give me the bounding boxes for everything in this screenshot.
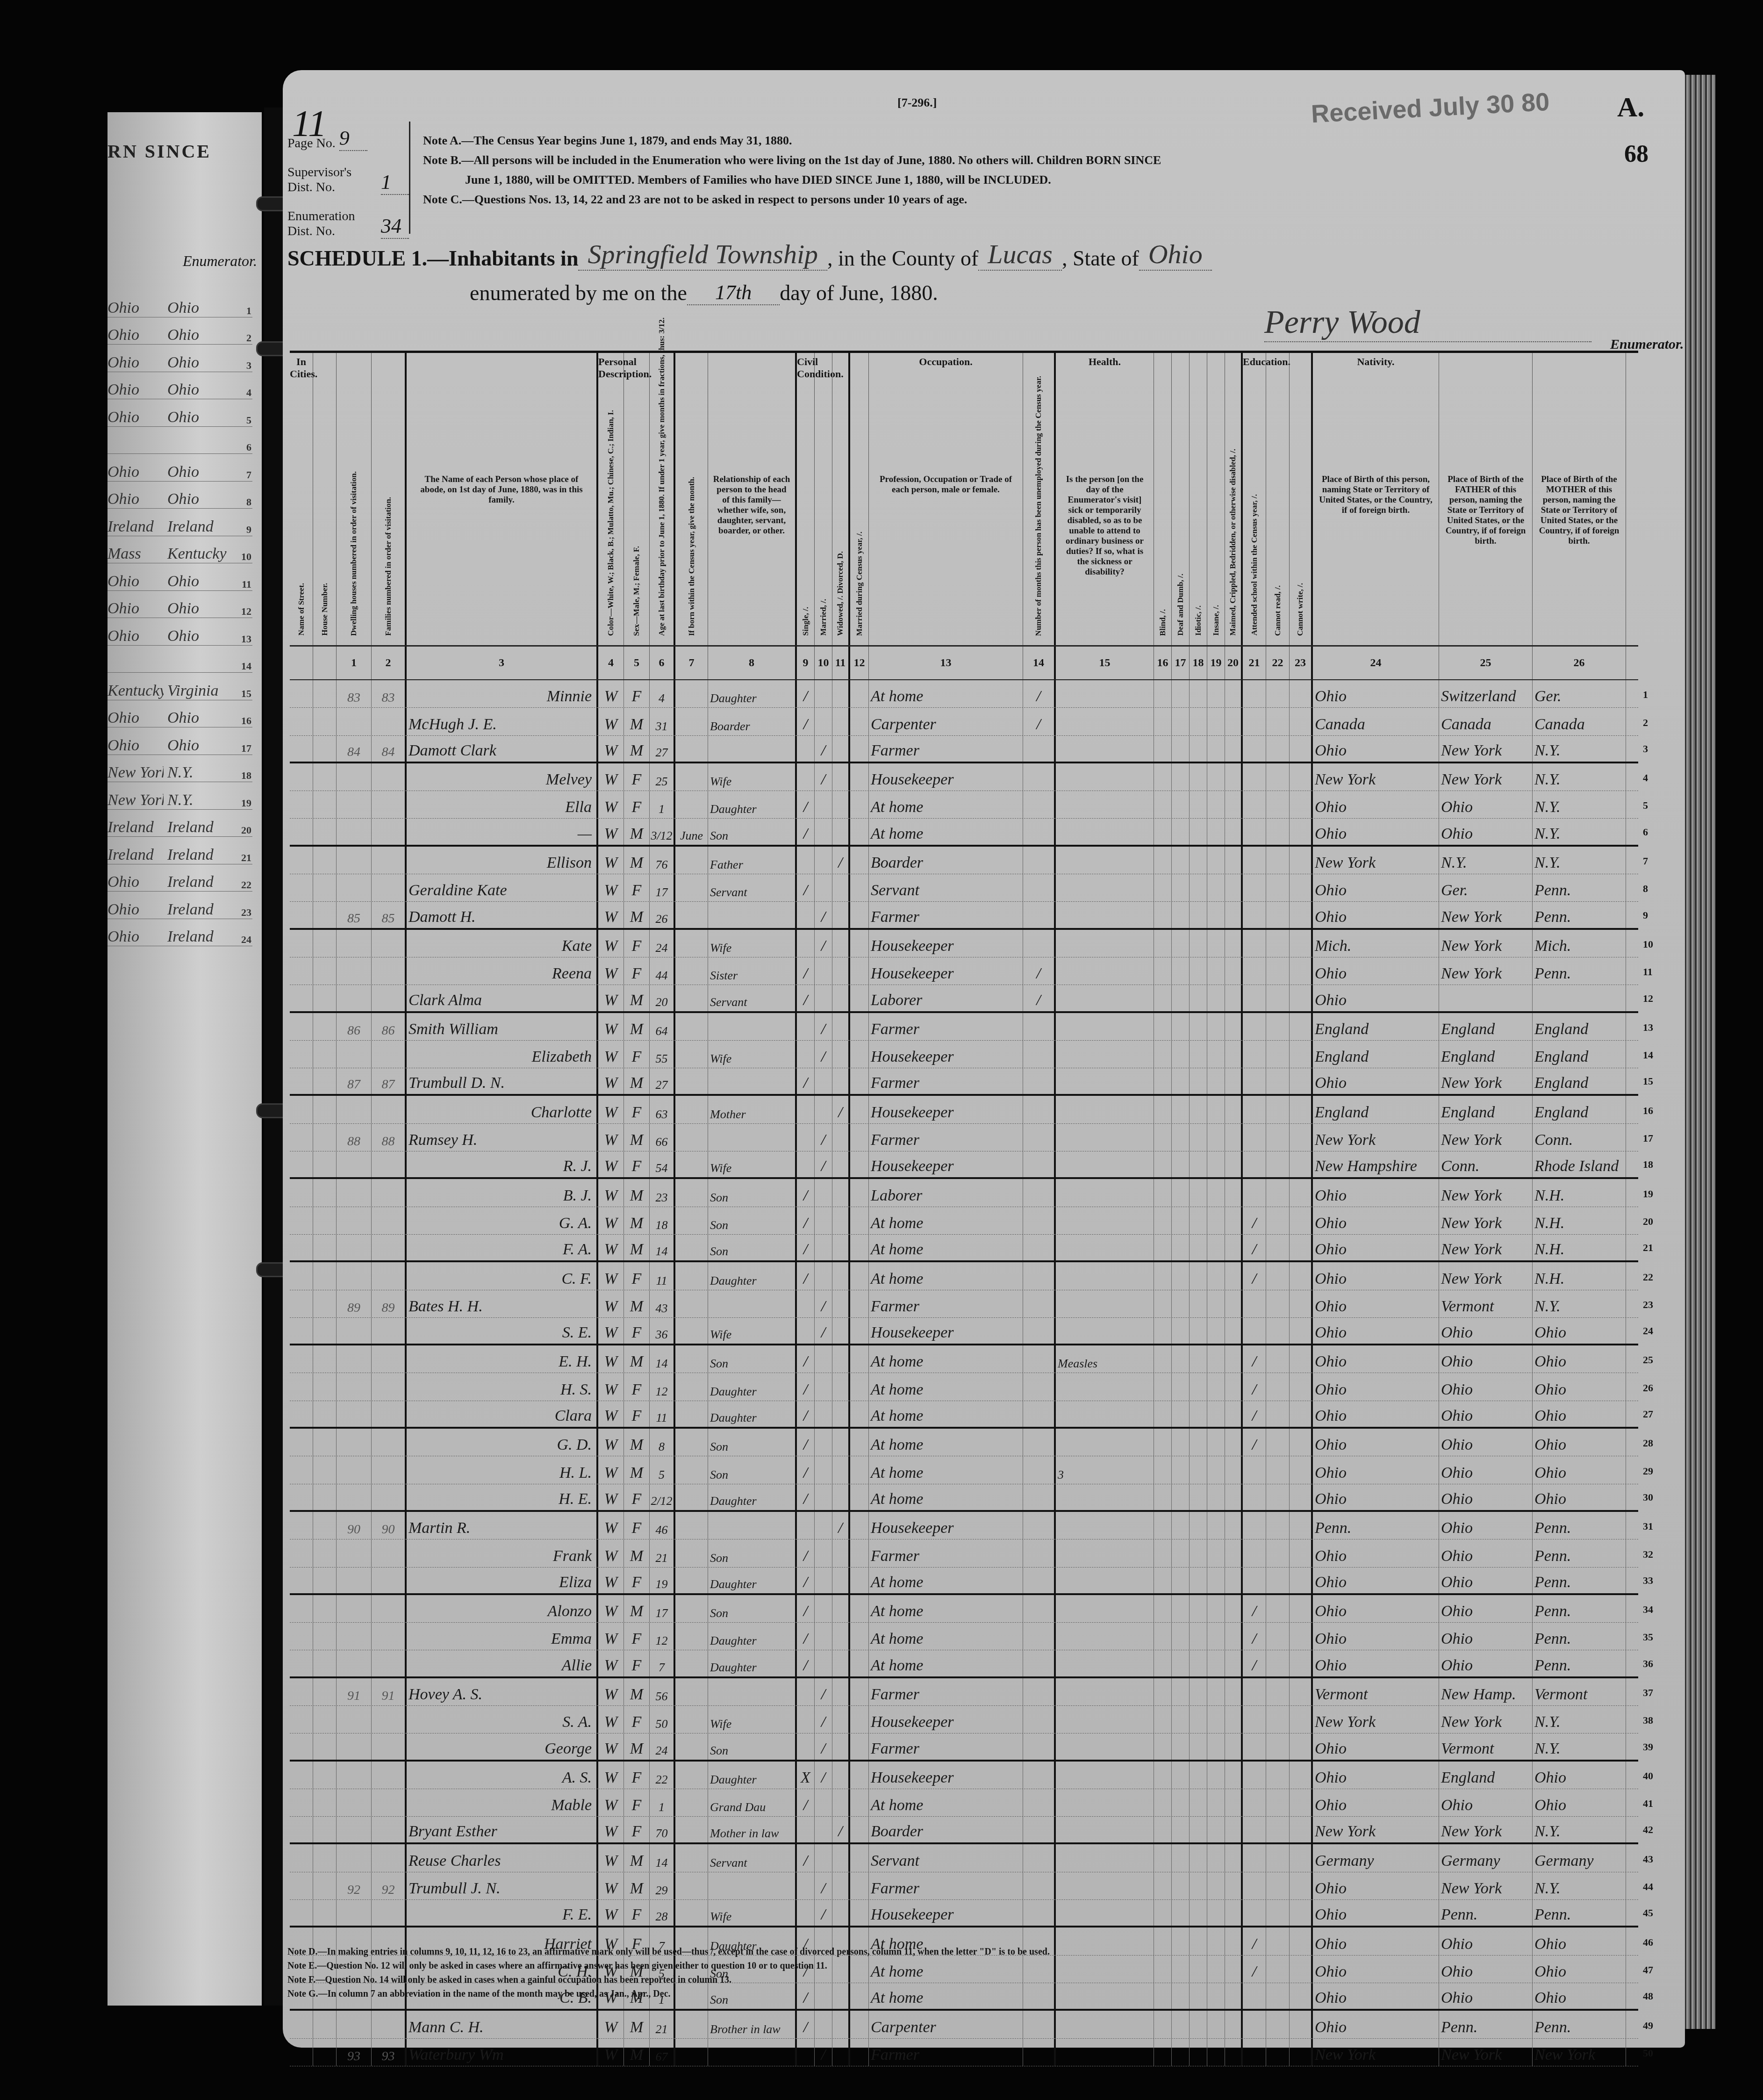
- cell-age: 43: [650, 1290, 675, 1317]
- cell-dw: 92: [337, 1872, 372, 1899]
- cell-month: [675, 1401, 708, 1427]
- cell-house: [313, 902, 337, 928]
- cell-house: [313, 2039, 337, 2066]
- previous-page-cell-c26: Kentucky: [164, 545, 233, 563]
- cell-idiot: [1190, 1927, 1207, 1955]
- cell-age: 56: [650, 1678, 675, 1705]
- cell-unemp: [1023, 1512, 1056, 1539]
- table-row: 9292Trumbull J. N.WM29/FarmerOhioNew Yor…: [290, 1872, 1638, 1900]
- cell-father: Ohio: [1439, 791, 1533, 818]
- cell-read: [1266, 763, 1290, 791]
- previous-page-row: KentuckyVirginia15: [107, 673, 252, 700]
- cell-maimed: [1225, 708, 1243, 735]
- cell-street: [290, 1401, 313, 1427]
- enumerator-label: Enumerator.: [1610, 337, 1684, 352]
- cell-read: [1266, 736, 1290, 762]
- cell-birth: New York: [1313, 2039, 1439, 2066]
- cell-insane: [1207, 1456, 1225, 1483]
- cell-age: 25: [650, 763, 675, 791]
- table-row: 8585Damott H.WM26/FarmerOhioNew YorkPenn…: [290, 902, 1638, 929]
- cell-insane: [1207, 1151, 1225, 1177]
- previous-page-cell-c25: Ohio: [107, 600, 164, 618]
- cell-fam: [372, 1429, 407, 1456]
- cell-mother: Canada: [1533, 708, 1626, 735]
- previous-page-row: IrelandIreland20: [107, 810, 252, 837]
- column-header-mother: Place of Birth of the MOTHER of this per…: [1533, 353, 1626, 645]
- cell-fam: [372, 763, 407, 791]
- previous-page-row: OhioOhio5: [107, 399, 252, 427]
- table-row: Reuse CharlesWM14Servant/ServantGermanyG…: [290, 1844, 1638, 1872]
- cell-single: [797, 2039, 815, 2066]
- cell-name: Allie: [407, 1650, 598, 1676]
- cell-widowed: [832, 1207, 850, 1234]
- previous-page-row: OhioOhio3: [107, 345, 252, 372]
- cell-father: New York: [1439, 1262, 1533, 1289]
- cell-fam: 88: [372, 1124, 407, 1151]
- cell-color: W: [598, 1456, 624, 1483]
- cell-name: Geraldine Kate: [407, 874, 598, 901]
- line-number: 11: [233, 578, 251, 590]
- cell-month: [675, 1456, 708, 1483]
- cell-unemp: [1023, 1151, 1056, 1177]
- cell-occ: Farmer: [869, 736, 1023, 762]
- previous-page-cell-c26: N.Y.: [164, 791, 233, 809]
- cell-deaf: [1172, 680, 1190, 707]
- cell-insane: [1207, 1539, 1225, 1567]
- cell-unemp: /: [1023, 680, 1056, 707]
- cell-idiot: [1190, 930, 1207, 957]
- cell-write: [1290, 1568, 1313, 1593]
- column-header-text: Maimed, Crippled, Bedridden, or otherwis…: [1228, 449, 1238, 636]
- cell-unemp: [1023, 1318, 1056, 1344]
- table-row: EllaWF1Daughter/At homeOhioOhioN.Y.5: [290, 791, 1638, 819]
- cell-single: [797, 1706, 815, 1733]
- column-header-text: Deaf and Dumb, /.: [1176, 574, 1185, 636]
- cell-blind: [1154, 1456, 1172, 1483]
- cell-father: Ohio: [1439, 1623, 1533, 1650]
- cell-idiot: [1190, 1124, 1207, 1151]
- cell-name: —: [407, 819, 598, 844]
- cell-idiot: [1190, 1512, 1207, 1539]
- column-number: 14: [1023, 647, 1056, 679]
- cell-mother: Ger.: [1533, 680, 1626, 707]
- cell-month: [675, 1318, 708, 1344]
- cell-dw: [337, 1235, 372, 1260]
- cell-deaf: [1172, 1096, 1190, 1123]
- cell-blind: [1154, 736, 1172, 762]
- cell-birth: England: [1313, 1096, 1439, 1123]
- cell-month: [675, 1706, 708, 1733]
- cell-mother: N.Y.: [1533, 847, 1626, 874]
- cell-blind: [1154, 1623, 1172, 1650]
- cell-name: Alonzo: [407, 1595, 598, 1622]
- cell-idiot: [1190, 1041, 1207, 1068]
- cell-month: [675, 1179, 708, 1206]
- cell-age: 11: [650, 1401, 675, 1427]
- table-row: MelveyWF25Wife/HousekeeperNew YorkNew Yo…: [290, 763, 1638, 791]
- cell-birth: Canada: [1313, 708, 1439, 735]
- cell-maimed: [1225, 2039, 1243, 2066]
- cell-write: [1290, 1456, 1313, 1483]
- previous-page-row: OhioOhio7: [107, 454, 252, 482]
- cell-school: [1243, 1290, 1266, 1317]
- previous-page-nativity-columns: OhioOhio1OhioOhio2OhioOhio3OhioOhio4Ohio…: [107, 290, 252, 946]
- cell-read: [1266, 680, 1290, 707]
- cell-married: [815, 1429, 832, 1456]
- line-number: 28: [1643, 1437, 1671, 1449]
- cell-blind: [1154, 1484, 1172, 1510]
- cell-sick: [1056, 1068, 1154, 1094]
- cell-father: New York: [1439, 2039, 1533, 2066]
- cell-maimed: [1225, 1179, 1243, 1206]
- column-number: 23: [1290, 647, 1313, 679]
- table-row: 9191Hovey A. S.WM56/FarmerVermontNew Ham…: [290, 1678, 1638, 1706]
- cell-name: Smith William: [407, 1013, 598, 1040]
- line-number: 16: [1643, 1105, 1671, 1117]
- cell-street: [290, 763, 313, 791]
- cell-father: Switzerland: [1439, 680, 1533, 707]
- column-number: 8: [708, 647, 797, 679]
- cell-fam: 89: [372, 1290, 407, 1317]
- cell-mdcy: [850, 1262, 869, 1289]
- cell-name: Bryant Esther: [407, 1817, 598, 1842]
- cell-father: Ohio: [1439, 1595, 1533, 1622]
- cell-blind: [1154, 1706, 1172, 1733]
- cell-blind: [1154, 2011, 1172, 2038]
- cell-mother: England: [1533, 1096, 1626, 1123]
- cell-dw: [337, 1429, 372, 1456]
- cell-sex: M: [624, 902, 650, 928]
- cell-color: W: [598, 2011, 624, 2038]
- cell-color: W: [598, 1900, 624, 1926]
- cell-house: [313, 1650, 337, 1676]
- cell-write: [1290, 1096, 1313, 1123]
- cell-street: [290, 1512, 313, 1539]
- cell-mother: Penn.: [1533, 1568, 1626, 1593]
- cell-mdcy: [850, 1318, 869, 1344]
- cell-rel: Wife: [708, 1041, 797, 1068]
- column-number: 3: [407, 647, 598, 679]
- cell-birth: Ohio: [1313, 680, 1439, 707]
- cell-read: [1266, 1429, 1290, 1456]
- cell-street: [290, 1539, 313, 1567]
- cell-unemp: [1023, 763, 1056, 791]
- cell-maimed: [1225, 1872, 1243, 1899]
- cell-birth: New York: [1313, 1706, 1439, 1733]
- cell-street: [290, 902, 313, 928]
- cell-age: 23: [650, 1179, 675, 1206]
- cell-house: [313, 1345, 337, 1373]
- cell-fam: 84: [372, 736, 407, 762]
- cell-blind: [1154, 2039, 1172, 2066]
- cell-rel: Son: [708, 819, 797, 844]
- cell-single: /: [797, 1789, 815, 1816]
- cell-blind: [1154, 930, 1172, 957]
- cell-write: [1290, 1900, 1313, 1926]
- cell-school: [1243, 1817, 1266, 1842]
- cell-age: 76: [650, 847, 675, 874]
- cell-write: [1290, 1179, 1313, 1206]
- cell-married: [815, 791, 832, 818]
- cell-rel: Daughter: [708, 1623, 797, 1650]
- cell-school: [1243, 1068, 1266, 1094]
- cell-read: [1266, 930, 1290, 957]
- cell-street: [290, 1235, 313, 1260]
- line-number: 12: [233, 605, 251, 618]
- cell-widowed: [832, 1595, 850, 1622]
- cell-fam: [372, 1096, 407, 1123]
- table-row: 8787Trumbull D. N.WM27/FarmerOhioNew Yor…: [290, 1068, 1638, 1096]
- cell-fam: [372, 1900, 407, 1926]
- cell-father: Penn.: [1439, 2011, 1533, 2038]
- cell-sex: M: [624, 819, 650, 844]
- cell-blind: [1154, 1151, 1172, 1177]
- cell-age: 63: [650, 1096, 675, 1123]
- cell-sex: M: [624, 1290, 650, 1317]
- cell-deaf: [1172, 1345, 1190, 1373]
- cell-father: Conn.: [1439, 1151, 1533, 1177]
- cell-deaf: [1172, 1789, 1190, 1816]
- cell-street: [290, 1179, 313, 1206]
- cell-dw: 88: [337, 1124, 372, 1151]
- cell-occ: At home: [869, 1373, 1023, 1400]
- cell-read: [1266, 1096, 1290, 1123]
- cell-age: 31: [650, 708, 675, 735]
- cell-fam: 86: [372, 1013, 407, 1040]
- column-header-text: Blind, /.: [1158, 609, 1168, 636]
- cell-dw: [337, 791, 372, 818]
- cell-idiot: [1190, 1179, 1207, 1206]
- cell-married: /: [815, 1900, 832, 1926]
- cell-mother: [1533, 985, 1626, 1011]
- cell-maimed: [1225, 1124, 1243, 1151]
- cell-father: Vermont: [1439, 1733, 1533, 1759]
- cell-house: [313, 874, 337, 901]
- cell-deaf: [1172, 1068, 1190, 1094]
- previous-page-cell-c25: New York: [107, 764, 164, 782]
- cell-mother: N.Y.: [1533, 1817, 1626, 1842]
- cell-school: [1243, 1678, 1266, 1705]
- cell-deaf: [1172, 930, 1190, 957]
- cell-school: [1243, 1484, 1266, 1510]
- cell-unemp: [1023, 1623, 1056, 1650]
- line-number: 1: [233, 305, 251, 317]
- cell-unemp: [1023, 847, 1056, 874]
- cell-color: W: [598, 1872, 624, 1899]
- cell-occ: Farmer: [869, 1678, 1023, 1705]
- cell-sex: M: [624, 847, 650, 874]
- cell-birth: Ohio: [1313, 791, 1439, 818]
- cell-single: [797, 930, 815, 957]
- cell-sex: F: [624, 1817, 650, 1842]
- cell-single: /: [797, 1844, 815, 1871]
- cell-father: Ohio: [1439, 1512, 1533, 1539]
- previous-page-cell-c25: Ohio: [107, 573, 164, 590]
- cell-street: [290, 1733, 313, 1759]
- line-number: 8: [233, 496, 251, 508]
- cell-idiot: [1190, 1762, 1207, 1789]
- cell-blind: [1154, 874, 1172, 901]
- line-number: 5: [1643, 799, 1671, 812]
- table-row: 8686Smith WilliamWM64/FarmerEnglandEngla…: [290, 1013, 1638, 1041]
- cell-blind: [1154, 1373, 1172, 1400]
- cell-maimed: [1225, 902, 1243, 928]
- cell-birth: Ohio: [1313, 736, 1439, 762]
- cell-name: Kate: [407, 930, 598, 957]
- cell-idiot: [1190, 1844, 1207, 1871]
- column-header-text: Place of Birth of the MOTHER of this per…: [1537, 475, 1621, 547]
- line-number: 37: [1643, 1687, 1671, 1699]
- line-number: 45: [1643, 1907, 1671, 1919]
- cell-occ: Carpenter: [869, 2011, 1023, 2038]
- column-header-text: Cannot read, /.: [1273, 585, 1283, 636]
- cell-house: [313, 1484, 337, 1510]
- cell-father: England: [1439, 1041, 1533, 1068]
- cell-single: [797, 736, 815, 762]
- cell-write: [1290, 1373, 1313, 1400]
- cell-unemp: [1023, 1013, 1056, 1040]
- cell-mdcy: [850, 985, 869, 1011]
- cell-married: /: [815, 1762, 832, 1789]
- cell-married: [815, 1456, 832, 1483]
- cell-dw: [337, 1401, 372, 1427]
- cell-sex: M: [624, 1678, 650, 1705]
- cell-mother: Rhode Island: [1533, 1151, 1626, 1177]
- cell-mdcy: [850, 847, 869, 874]
- enumeration-district-value: 34: [381, 214, 409, 239]
- cell-sick: 3: [1056, 1456, 1154, 1483]
- cell-idiot: [1190, 1484, 1207, 1510]
- cell-widowed: [832, 874, 850, 901]
- cell-insane: [1207, 1207, 1225, 1234]
- supervisor-district-field: Supervisor's Dist. No. 1: [287, 165, 409, 195]
- cell-street: [290, 1623, 313, 1650]
- cell-blind: [1154, 1678, 1172, 1705]
- cell-fam: [372, 1235, 407, 1260]
- cell-birth: Ohio: [1313, 1539, 1439, 1567]
- cell-idiot: [1190, 1290, 1207, 1317]
- column-number: 5: [624, 647, 650, 679]
- cell-rel: Wife: [708, 1706, 797, 1733]
- cell-insane: [1207, 1817, 1225, 1842]
- page-number-field: Page No. 9: [287, 126, 409, 151]
- cell-read: [1266, 902, 1290, 928]
- cell-school: [1243, 2011, 1266, 2038]
- column-header-blind: Blind, /.: [1154, 353, 1172, 645]
- column-number: 1: [337, 647, 372, 679]
- cell-widowed: [832, 1013, 850, 1040]
- cell-idiot: [1190, 874, 1207, 901]
- column-group-nativity: Nativity.: [1313, 356, 1439, 368]
- table-row: 8888Rumsey H.WM66/FarmerNew YorkNew York…: [290, 1124, 1638, 1151]
- cell-blind: [1154, 1013, 1172, 1040]
- cell-occ: Laborer: [869, 1179, 1023, 1206]
- cell-school: [1243, 1539, 1266, 1567]
- previous-page-cell-c25: Mass: [107, 545, 164, 563]
- cell-sick: [1056, 1706, 1154, 1733]
- cell-street: [290, 1429, 313, 1456]
- cell-color: W: [598, 1290, 624, 1317]
- cell-married: /: [815, 1013, 832, 1040]
- line-number: 24: [233, 934, 251, 946]
- previous-page-cell-c25: Ireland: [107, 518, 164, 536]
- cell-fam: [372, 1345, 407, 1373]
- cell-unemp: [1023, 874, 1056, 901]
- cell-sick: [1056, 930, 1154, 957]
- cell-birth: Ohio: [1313, 957, 1439, 985]
- column-number: 6: [650, 647, 675, 679]
- line-number: 3: [233, 360, 251, 372]
- cell-rel: Wife: [708, 930, 797, 957]
- cell-fam: [372, 985, 407, 1011]
- cell-married: [815, 2011, 832, 2038]
- cell-age: 1: [650, 791, 675, 818]
- cell-mother: Ohio: [1533, 1456, 1626, 1483]
- cell-mdcy: [850, 1373, 869, 1400]
- cell-sex: M: [624, 1345, 650, 1373]
- cell-insane: [1207, 1484, 1225, 1510]
- cell-maimed: [1225, 1318, 1243, 1344]
- cell-widowed: [832, 957, 850, 985]
- cell-insane: [1207, 1844, 1225, 1871]
- previous-page-cell-c25: Ohio: [107, 709, 164, 727]
- cell-insane: [1207, 847, 1225, 874]
- cell-month: [675, 930, 708, 957]
- cell-color: W: [598, 1262, 624, 1289]
- cell-insane: [1207, 1568, 1225, 1593]
- cell-rel: Daughter: [708, 1401, 797, 1427]
- column-header-name: The Name of each Person whose place of a…: [407, 353, 598, 645]
- previous-page-cell-c26: Ohio: [164, 737, 233, 755]
- note-g: Note G.—In column 7 an abbreviation in t…: [287, 1987, 1050, 2001]
- cell-month: [675, 902, 708, 928]
- cell-occ: Housekeeper: [869, 1900, 1023, 1926]
- cell-occ: Housekeeper: [869, 1151, 1023, 1177]
- cell-insane: [1207, 1983, 1225, 2009]
- table-row: FrankWM21Son/FarmerOhioOhioPenn.32: [290, 1539, 1638, 1567]
- cell-age: 46: [650, 1512, 675, 1539]
- cell-single: /: [797, 1539, 815, 1567]
- cell-widowed: [832, 1900, 850, 1926]
- cell-deaf: [1172, 1041, 1190, 1068]
- cell-street: [290, 1262, 313, 1289]
- cell-father: England: [1439, 1013, 1533, 1040]
- cell-fam: 83: [372, 680, 407, 707]
- page-number-value: 9: [339, 126, 367, 151]
- cell-occ: Housekeeper: [869, 763, 1023, 791]
- cell-occ: Farmer: [869, 1872, 1023, 1899]
- cell-birth: Ohio: [1313, 985, 1439, 1011]
- cell-mdcy: [850, 1650, 869, 1676]
- cell-mdcy: [850, 1623, 869, 1650]
- cell-unemp: [1023, 1096, 1056, 1123]
- cell-birth: Ohio: [1313, 1456, 1439, 1483]
- table-row: R. J.WF54Wife/HousekeeperNew HampshireCo…: [290, 1151, 1638, 1179]
- cell-idiot: [1190, 1956, 1207, 1983]
- cell-write: [1290, 902, 1313, 928]
- cell-month: [675, 1650, 708, 1676]
- column-header-text: Is the person [on the day of the Enumera…: [1061, 475, 1149, 577]
- previous-page-cell-c26: N.Y.: [164, 764, 233, 782]
- cell-street: [290, 1568, 313, 1593]
- cell-unemp: [1023, 1235, 1056, 1260]
- cell-house: [313, 2011, 337, 2038]
- cell-sick: [1056, 763, 1154, 791]
- cell-age: 54: [650, 1151, 675, 1177]
- cell-write: [1290, 1512, 1313, 1539]
- column-header-text: Profession, Occupation or Trade of each …: [874, 475, 1018, 495]
- cell-sex: F: [624, 1568, 650, 1593]
